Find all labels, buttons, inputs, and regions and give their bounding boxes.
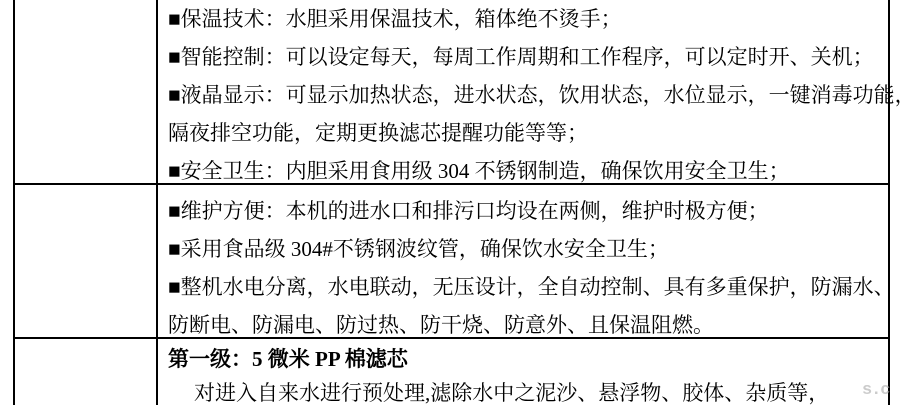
filter-stage-body: 对进入自来水进行预处理,滤除水中之泥沙、悬浮物、胶体、杂质等， [168,376,884,405]
spec-line-bellows: ■采用食品级 304#不锈钢波纹管，确保饮水安全卫生； [168,230,884,268]
spec-line-maintenance: ■维护方便：本机的进水口和排污口均设在两侧，维护时极方便； [168,192,884,230]
spec-line-insulation: ■保温技术：水胆采用保温技术，箱体绝不烫手； [168,0,884,38]
table-row-maintenance: ■维护方便：本机的进水口和排污口均设在两侧，维护时极方便； ■采用食品级 304… [168,192,884,344]
table-row-filter-stage: 第一级：5 微米 PP 棉滤芯 对进入自来水进行预处理,滤除水中之泥沙、悬浮物、… [168,342,884,405]
table-column-divider [156,0,158,405]
table-row-divider-1 [13,183,890,185]
table-border-right [888,0,890,405]
document-table-screenshot: ■保温技术：水胆采用保温技术，箱体绝不烫手； ■智能控制：可以设定每天，每周工作… [0,0,900,405]
spec-line-protection: ■整机水电分离，水电联动，无压设计，全自动控制、具有多重保护，防漏水、 [168,268,884,306]
table-row-features: ■保温技术：水胆采用保温技术，箱体绝不烫手； ■智能控制：可以设定每天，每周工作… [168,0,884,190]
spec-line-lcd-display: ■液晶显示：可显示加热状态，进水状态，饮用状态，水位显示，一键消毒功能， [168,76,884,114]
table-row-divider-2 [13,337,890,339]
table-border-left [13,0,15,405]
spec-line-smart-control: ■智能控制：可以设定每天，每周工作周期和工作程序，可以定时开、关机； [168,38,884,76]
spec-line-lcd-display-2: 隔夜排空功能，定期更换滤芯提醒功能等等； [168,114,884,152]
filter-stage-heading: 第一级：5 微米 PP 棉滤芯 [168,342,884,376]
table-left-column [15,0,156,405]
